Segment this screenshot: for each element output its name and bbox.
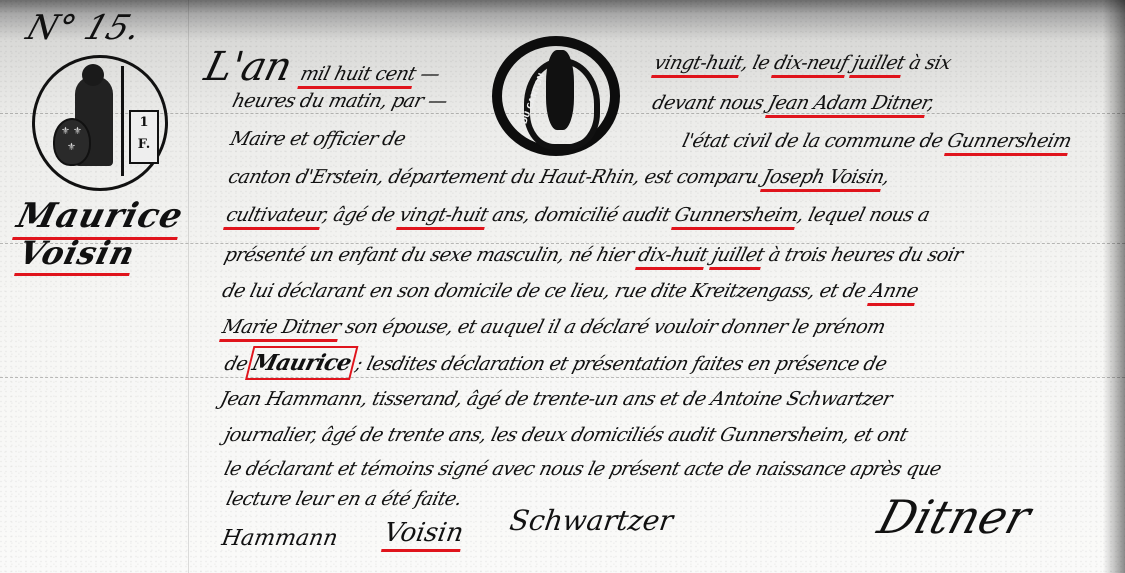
record-line-8: Marie Ditner son épouse, et auquel il a … [220, 316, 887, 338]
fleur-de-lis-shield-icon: ⚜⚜⚜ [53, 118, 91, 166]
signature-witness-2: Schwartzer [508, 504, 676, 537]
record-line-10: Jean Hammann, tisserand, âgé de trente-u… [218, 388, 894, 410]
record-line-11: journalier, âgé de trente ans, les deux … [222, 424, 910, 446]
tax-stamp: ⚜⚜⚜ 1 F. [32, 55, 168, 191]
scanned-register-page: N° 15. ⚜⚜⚜ 1 F. Maurice Voisin DU CANTON… [0, 0, 1125, 573]
stamp-value: 1 F. [129, 110, 159, 164]
record-line-3: Maire et officier de [228, 128, 408, 150]
stamp-spear-icon [121, 66, 124, 176]
record-line-5: cultivateur, âgé de vingt-huit ans, domi… [224, 204, 932, 226]
record-line-7: de lui déclarant en son domicile de ce l… [220, 280, 921, 302]
record-line-3b: l'état civil de la commune de Gunnershei… [680, 130, 1073, 152]
entry-number: N° 15. [22, 8, 147, 48]
signature-mayor: Ditner [872, 490, 1036, 544]
seal-crown-icon [546, 50, 574, 130]
record-line-13: lecture leur en a été faite. [224, 488, 464, 510]
margin-rule [188, 0, 189, 573]
record-line-1b: vingt-huit, le dix-neuf juillet à six [652, 52, 953, 74]
record-line-12: le déclarant et témoins signé avec nous … [222, 458, 943, 480]
commune-seal: DU CANTON [492, 36, 620, 156]
margin-name-last: Voisin [14, 234, 139, 276]
record-line-6: présenté un enfant du sexe masculin, né … [222, 244, 965, 266]
page-edge-shadow [1103, 0, 1125, 573]
stamp-helmet-icon [82, 64, 104, 86]
ruled-line [0, 377, 1125, 379]
highlighted-given-name: Maurice [250, 350, 354, 376]
record-line-4: canton d'Erstein, département du Haut-Rh… [226, 166, 892, 188]
signature-witness-1: Hammann [220, 526, 340, 551]
record-line-9: de Maurice ; lesdites déclaration et pré… [222, 350, 890, 376]
record-line-2b: devant nous Jean Adam Ditner, [650, 92, 936, 114]
signature-father: Voisin [381, 518, 466, 552]
record-line-2: heures du matin, par — [230, 90, 450, 112]
record-line-1: L'an mil huit cent — [200, 44, 447, 90]
